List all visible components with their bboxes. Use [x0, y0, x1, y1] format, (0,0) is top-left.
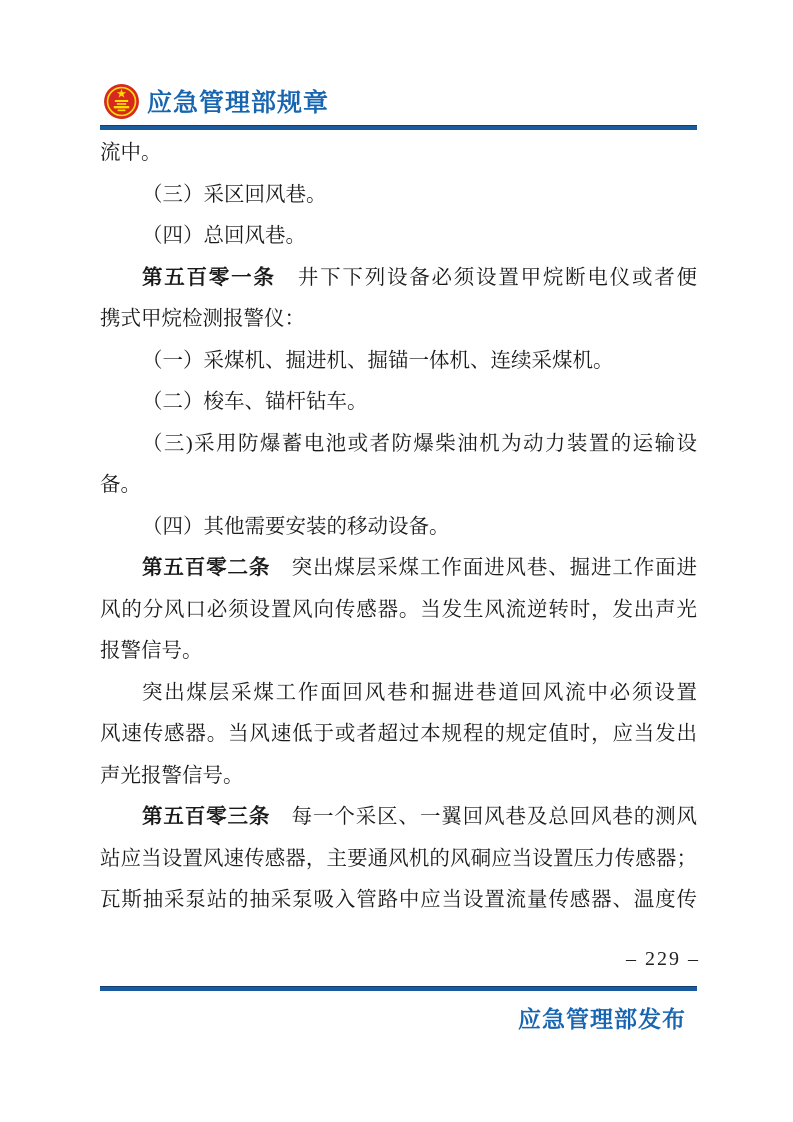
national-emblem-icon: [103, 83, 140, 120]
line-text: 携式甲烷检测报警仪：: [100, 308, 305, 330]
text-line: 声光报警信号。: [100, 756, 697, 798]
document-page: { "header": { "logo": "national-emblem-i…: [0, 0, 793, 1122]
text-line: 第五百零二条 突出煤层采煤工作面进风巷、掘进工作面进: [100, 548, 697, 590]
line-text: 突出煤层采煤工作面进风巷、掘进工作面进: [270, 557, 697, 579]
line-text: 流中。: [100, 142, 162, 164]
line-text: （四）其他需要安装的移动设备。: [142, 516, 450, 538]
text-line: 风的分风口必须设置风向传感器。当发生风流逆转时，发出声光: [100, 590, 697, 632]
page-number: – 229 –: [100, 944, 700, 974]
text-line: （四）总回风巷。: [100, 216, 697, 258]
text-line: 备。: [100, 465, 697, 507]
text-line: （三)采用防爆蓄电池或者防爆柴油机为动力装置的运输设: [100, 424, 697, 466]
text-line: （四）其他需要安装的移动设备。: [100, 507, 697, 549]
article-number: 第五百零二条: [142, 557, 270, 579]
line-text: （三)采用防爆蓄电池或者防爆柴油机为动力装置的运输设: [142, 433, 697, 455]
article-number: 第五百零三条: [142, 806, 270, 828]
line-text: 报警信号。: [100, 640, 203, 662]
line-text: 瓦斯抽采泵站的抽采泵吸入管路中应当设置流量传感器、温度传: [100, 889, 697, 911]
text-line: 突出煤层采煤工作面回风巷和掘进巷道回风流中必须设置: [100, 673, 697, 715]
text-line: 流中。: [100, 133, 697, 175]
text-line: （三）采区回风巷。: [100, 175, 697, 217]
text-line: （一）采煤机、掘进机、掘锚一体机、连续采煤机。: [100, 341, 697, 383]
line-text: （二）梭车、锚杆钻车。: [142, 391, 368, 413]
publisher-label: 应急管理部发布: [100, 1002, 686, 1036]
line-text: （四）总回风巷。: [142, 225, 306, 247]
line-text: （三）采区回风巷。: [142, 184, 327, 206]
text-line: 报警信号。: [100, 631, 697, 673]
header-rule: [100, 125, 697, 130]
footer-rule: [100, 986, 697, 991]
page-header: 应急管理部规章: [103, 82, 329, 120]
line-text: 井下下列设备必须设置甲烷断电仪或者便: [276, 267, 697, 289]
line-text: 声光报警信号。: [100, 765, 244, 787]
line-text: 风速传感器。当风速低于或者超过本规程的规定值时，应当发出: [100, 723, 697, 745]
line-text: 突出煤层采煤工作面回风巷和掘进巷道回风流中必须设置: [142, 682, 697, 704]
text-line: 风速传感器。当风速低于或者超过本规程的规定值时，应当发出: [100, 714, 697, 756]
text-line: 站应当设置风速传感器，主要通风机的风硐应当设置压力传感器；: [100, 839, 697, 881]
line-text: 备。: [100, 474, 141, 496]
line-text: （一）采煤机、掘进机、掘锚一体机、连续采煤机。: [142, 350, 614, 372]
article-number: 第五百零一条: [142, 267, 276, 289]
text-line: 第五百零一条 井下下列设备必须设置甲烷断电仪或者便: [100, 258, 697, 300]
line-text: 风的分风口必须设置风向传感器。当发生风流逆转时，发出声光: [100, 599, 697, 621]
header-title: 应急管理部规章: [147, 83, 329, 119]
text-line: 第五百零三条 每一个采区、一翼回风巷及总回风巷的测风: [100, 797, 697, 839]
text-line: （二）梭车、锚杆钻车。: [100, 382, 697, 424]
line-text: 站应当设置风速传感器，主要通风机的风硐应当设置压力传感器；: [100, 848, 697, 870]
text-line: 携式甲烷检测报警仪：: [100, 299, 697, 341]
line-text: 每一个采区、一翼回风巷及总回风巷的测风: [270, 806, 697, 828]
text-line: 瓦斯抽采泵站的抽采泵吸入管路中应当设置流量传感器、温度传: [100, 880, 697, 922]
document-body: 流中。（三）采区回风巷。（四）总回风巷。第五百零一条 井下下列设备必须设置甲烷断…: [100, 133, 697, 922]
